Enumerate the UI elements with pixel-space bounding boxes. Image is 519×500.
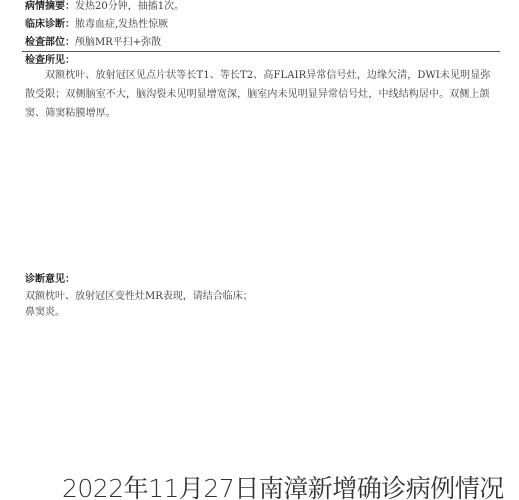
field-exam-site: 检查部位：颅脑MR平扫+弥散	[25, 36, 161, 50]
field-value: 脓毒血症,发热性惊厥	[75, 19, 168, 30]
field-value: 发热20分钟，抽搐1次。	[75, 1, 184, 12]
diagnosis-line: 鼻窦炎。	[25, 306, 65, 320]
field-label: 临床诊断：	[25, 19, 75, 30]
field-case-summary: 病情摘要：发热20分钟，抽搐1次。	[25, 0, 184, 14]
findings-text: 双额枕叶、放射冠区见点片状等长T1、等长T2、高FLAIR异常信号灶，边缘欠清，…	[25, 66, 500, 123]
diagnosis-line: 双额枕叶、放射冠区变性灶MR表现，请结合临床；	[25, 290, 253, 304]
field-value: 颅脑MR平扫+弥散	[75, 37, 161, 48]
diagnosis-heading: 诊断意见：	[25, 273, 75, 287]
image-caption: 2022年11月27日南漳新增确诊病例情况	[62, 474, 504, 500]
field-label: 病情摘要：	[25, 1, 75, 12]
section-divider	[22, 51, 500, 52]
field-label: 检查部位：	[25, 37, 75, 48]
field-clinical-diagnosis: 临床诊断：脓毒血症,发热性惊厥	[25, 18, 168, 32]
